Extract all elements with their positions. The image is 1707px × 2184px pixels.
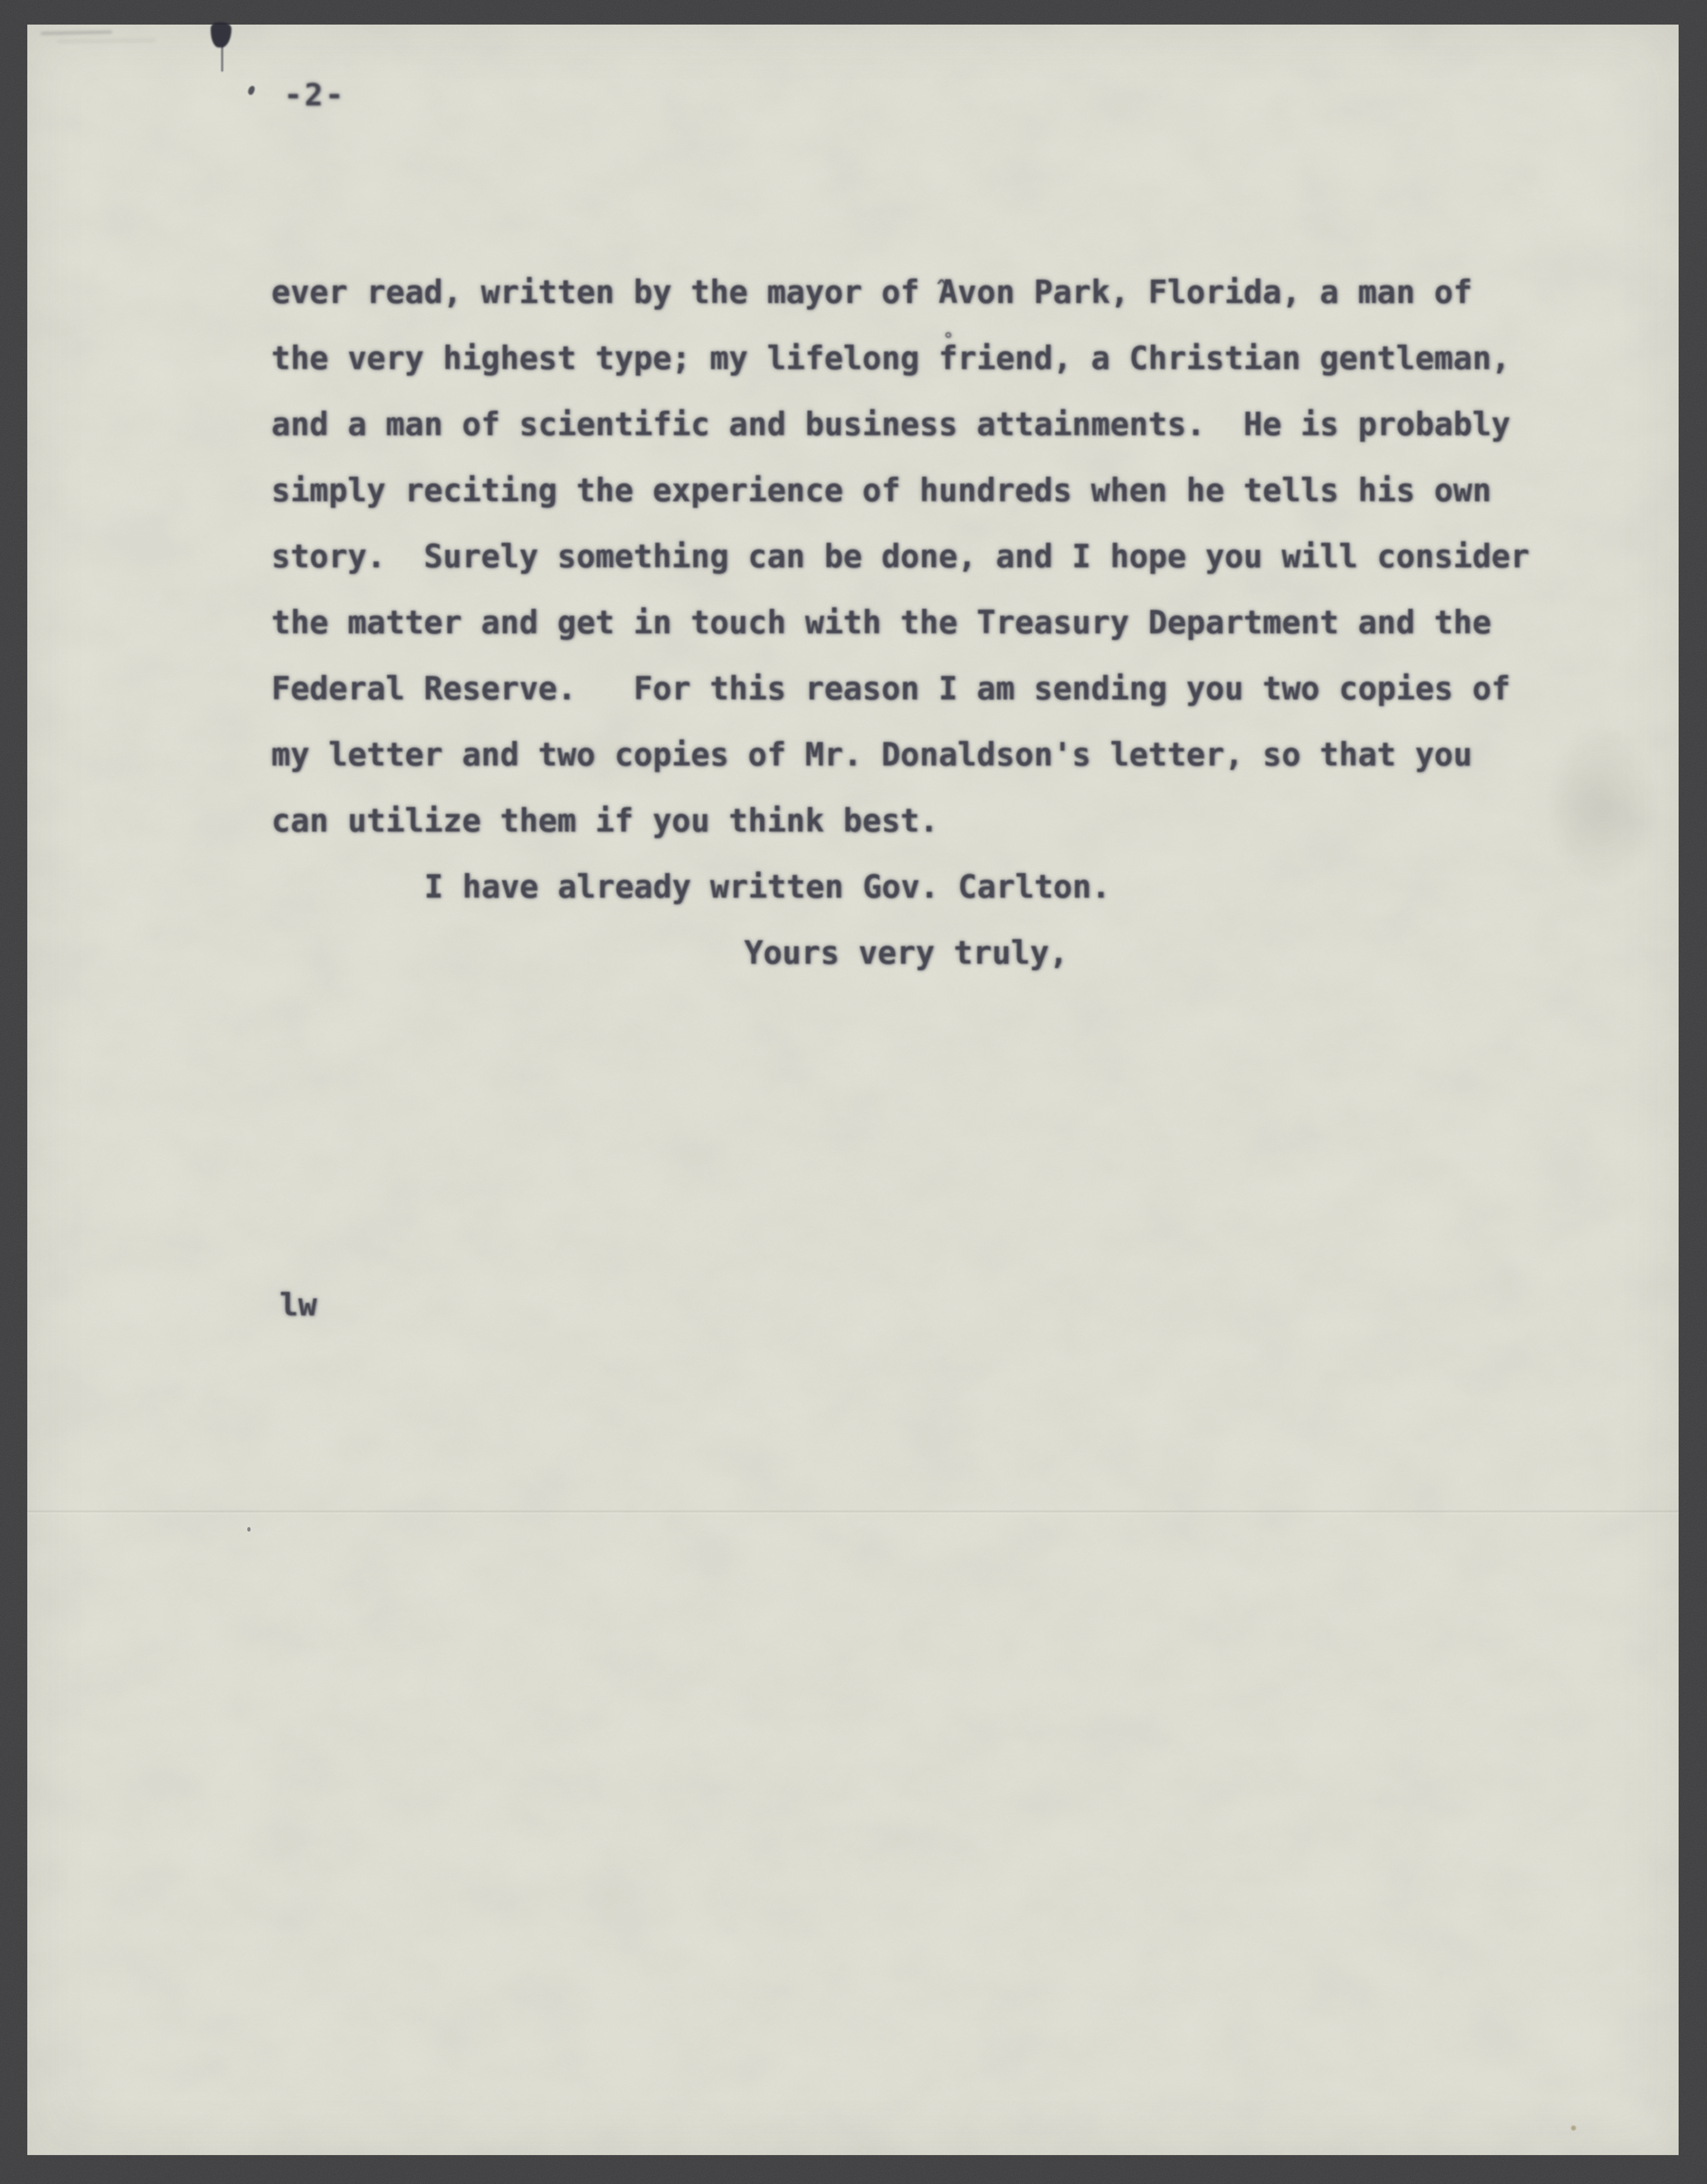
- paper-speck: [1571, 2126, 1576, 2130]
- typewritten-line: the very highest type; my lifelong frien…: [271, 325, 1530, 391]
- ink-blot-tail: [221, 45, 223, 72]
- typewritten-line: Federal Reserve. For this reason I am se…: [271, 656, 1530, 722]
- typewritten-line: my letter and two copies of Mr. Donaldso…: [271, 722, 1530, 788]
- closing-line: I have already written Gov. Carlton.: [424, 854, 1530, 920]
- fold-crease: [27, 1511, 1679, 1514]
- pencil-smudge: [57, 39, 156, 43]
- typewritten-line: and a man of scientific and business att…: [271, 391, 1530, 458]
- scanner-bed-background: -2- ever read, written by the mayor of A…: [0, 0, 1707, 2184]
- page-number: -2-: [284, 77, 346, 112]
- margin-stain: [1550, 729, 1654, 887]
- ink-speck: [247, 85, 255, 96]
- typewritten-line: simply reciting the experience of hundre…: [271, 458, 1530, 524]
- stray-mark-below-avon: ˚: [942, 312, 955, 378]
- letter-body: ever read, written by the mayor of Avon …: [271, 259, 1530, 986]
- pencil-smudge: [41, 31, 112, 35]
- typewritten-line: the matter and get in touch with the Tre…: [271, 590, 1530, 656]
- signoff-line: Yours very truly,: [744, 920, 1530, 986]
- paper-speck: [247, 1527, 251, 1532]
- typewritten-line: can utilize them if you think best.: [271, 788, 1530, 854]
- typewritten-line: story. Surely something can be done, and…: [271, 524, 1530, 590]
- ink-blot: [211, 22, 231, 48]
- letter-page: -2- ever read, written by the mayor of A…: [27, 25, 1679, 2155]
- typewritten-line: ever read, written by the mayor of Avon …: [271, 259, 1530, 325]
- typist-initials: lw: [279, 1287, 317, 1323]
